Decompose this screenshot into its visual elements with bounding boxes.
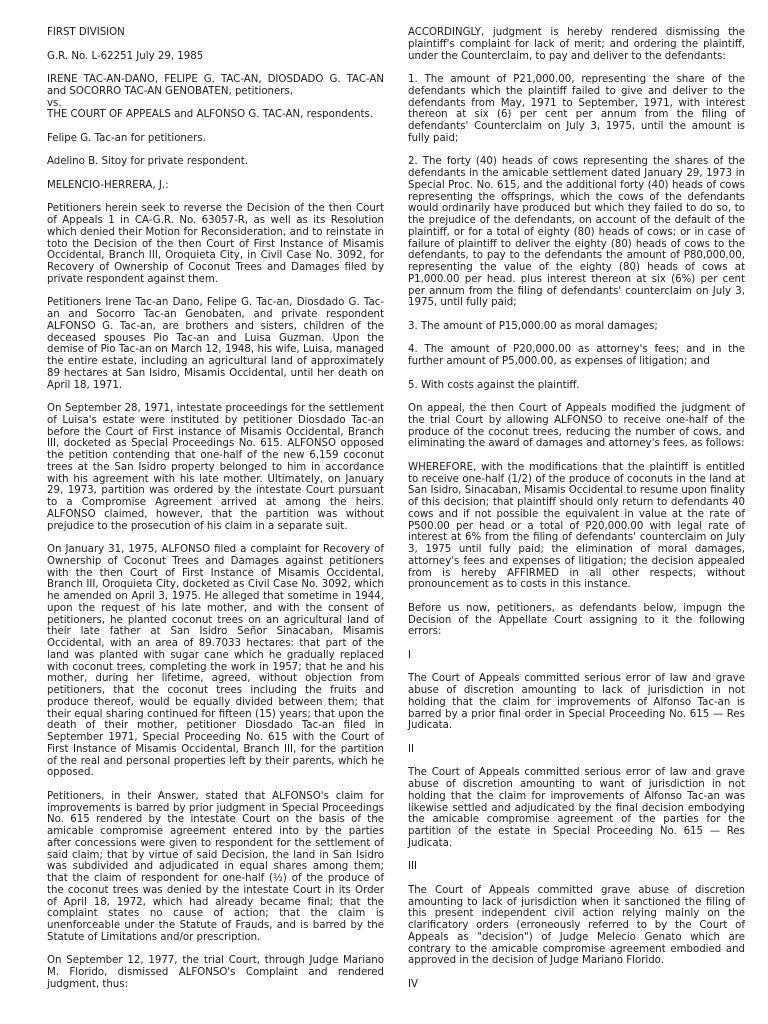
document-page: FIRST DIVISION G.R. No. L-62251 July 29,…: [0, 0, 768, 1024]
left-column: FIRST DIVISION G.R. No. L-62251 July 29,…: [47, 27, 384, 1002]
error-text: The Court of Appeals committed grave abu…: [408, 885, 745, 967]
error-numeral: II: [408, 744, 745, 756]
body-paragraph: Petitioners Irene Tac-an Dano, Felipe G.…: [47, 297, 384, 391]
versus-line: vs.: [47, 98, 62, 109]
judgment-item-1: 1. The amount of P21,000.00, representin…: [408, 74, 745, 145]
error-numeral: I: [408, 650, 745, 662]
judgment-item-2: 2. The forty (40) heads of cows represen…: [408, 156, 745, 309]
division-heading: FIRST DIVISION: [47, 27, 384, 39]
body-paragraph: Petitioners, in their Answer, stated tha…: [47, 791, 384, 944]
body-paragraph: Petitioners herein seek to reverse the D…: [47, 203, 384, 285]
judgment-item-4: 4. The amount of P20,000.00 as attorney'…: [408, 344, 745, 368]
body-paragraph: On appeal, the then Court of Appeals mod…: [408, 403, 745, 450]
judgment-item-5: 5. With costs against the plaintiff.: [408, 380, 745, 392]
error-text: The Court of Appeals committed serious e…: [408, 673, 745, 732]
right-column: ACCORDINGLY, judgment is hereby rendered…: [408, 27, 745, 1002]
error-numeral: III: [408, 861, 745, 873]
judgment-item-3: 3. The amount of P15,000.00 as moral dam…: [408, 321, 745, 333]
error-text: The Court of Appeals committed serious e…: [408, 767, 745, 849]
respondents-line: THE COURT OF APPEALS and ALFONSO G. TAC-…: [47, 109, 373, 120]
petitioners-line: IRENE TAC-AN-DANO, FELIPE G. TAC-AN, DIO…: [47, 74, 384, 97]
case-number: G.R. No. L-62251 July 29, 1985: [47, 51, 384, 63]
wherefore-paragraph: WHEREFORE, with the modifications that t…: [408, 462, 745, 591]
ponente: MELENCIO-HERRERA, J.:: [47, 180, 384, 192]
counsel-petitioners: Felipe G. Tac-an for petitioners.: [47, 133, 384, 145]
counsel-respondent: Adelino B. Sitoy for private respondent.: [47, 156, 384, 168]
case-parties: IRENE TAC-AN-DANO, FELIPE G. TAC-AN, DIO…: [47, 74, 384, 121]
body-paragraph: On January 31, 1975, ALFONSO filed a com…: [47, 544, 384, 779]
error-numeral: IV: [408, 979, 745, 991]
body-paragraph: On September 28, 1971, intestate proceed…: [47, 403, 384, 532]
judgment-paragraph: ACCORDINGLY, judgment is hereby rendered…: [408, 27, 745, 62]
body-paragraph: On September 12, 1977, the trial Court, …: [47, 955, 384, 990]
body-paragraph: Before us now, petitioners, as defendant…: [408, 603, 745, 638]
